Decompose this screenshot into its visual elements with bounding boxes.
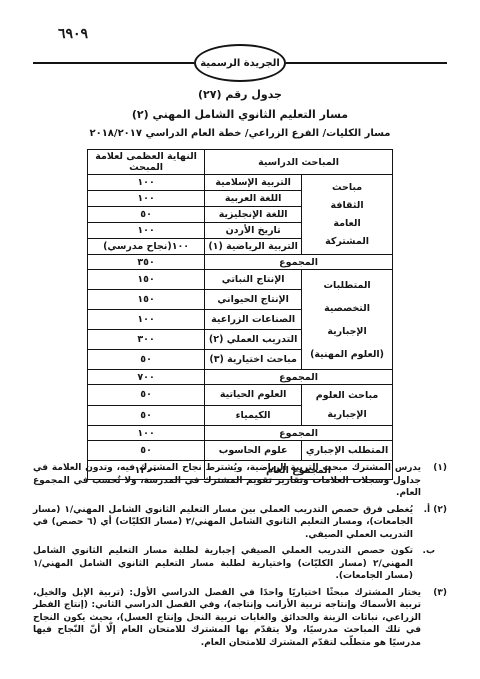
group-label-line: الإجبارية [304,405,390,424]
subject-cell: علوم الحاسوب [205,441,302,461]
mark-cell: ١٥٠ [88,290,205,310]
footnote-text: يختار المشترك مبحثًا اختياريًا واحدًا في… [33,588,421,648]
footnote-marker: ب. [423,545,435,558]
mark-cell: ٥٠ [88,207,205,223]
total-value-cell: ٧٠٠ [88,370,205,385]
group-label-cell: المتطلبات التخصصية الإجبارية (العلوم الم… [302,270,393,370]
subject-cell: التدريب العملي (٢) [205,330,302,350]
table-row: مباحث الثقافة العامة المشتركة التربية ال… [88,175,393,191]
mark-cell: ٥٠ [88,350,205,370]
total-label-cell: المجموع [205,255,393,270]
table-header-row: المباحث الدراسية النهاية العظمى لعلامة ا… [88,150,393,175]
group-label-line: مباحث [304,179,390,197]
mark-cell: ١٠٠(نجاح مدرسي) [88,239,205,255]
mark-cell: ٣٠٠ [88,330,205,350]
plan-title: مسار الكليات/ الفرع الزراعي/ خطة العام ا… [0,128,480,139]
subject-cell: الكيمياء [205,405,302,426]
masthead-rule-left [33,62,194,64]
mark-cell: ٥٠ [88,405,205,426]
header-maxmark-cell: النهاية العظمى لعلامة المبحث [88,150,205,175]
total-value-cell: ٣٥٠ [88,255,205,270]
subject-cell: التربية الإسلامية [205,175,302,191]
total-row: المجموع ٧٠٠ [88,370,393,385]
footnote-text: يُغطى فرق حصص التدريب العملي بين مسار ال… [33,505,413,540]
masthead: الجريدة الرسمية [33,44,447,82]
group-label-cell: مباحث العلوم الإجبارية [302,385,393,426]
mark-cell: ١٠٠ [88,191,205,207]
footnote-item: (٢) أ. يُغطى فرق حصص التدريب العملي بين … [33,504,447,542]
footnote-text: تكون حصص التدريب العملي الصيفي إجبارية ل… [33,546,413,581]
mark-cell: ١٠٠ [88,175,205,191]
footnote-marker: (١) [433,462,447,475]
group-label-line: العامة [304,215,390,233]
total-row: المجموع ٣٥٠ [88,255,393,270]
total-label-cell: المجموع [205,370,393,385]
subjects-table-wrap: المباحث الدراسية النهاية العظمى لعلامة ا… [87,149,393,480]
subject-cell: العلوم الحياتية [205,385,302,406]
masthead-rule-right [286,62,447,64]
group-label-line: (العلوم المهنية) [304,343,390,366]
group-label-line: المتطلبات [304,274,390,297]
header-subjects-cell: المباحث الدراسية [205,150,393,175]
mark-cell: ٥٠ [88,385,205,406]
subject-cell: اللغة الإنجليزية [205,207,302,223]
footnote-marker: (٣) [433,587,447,600]
total-label-cell: المجموع [205,426,393,441]
group-label-line: مباحث العلوم [304,386,390,405]
subject-cell: تاريخ الأردن [205,223,302,239]
group-label-line: التخصصية [304,297,390,320]
footnote-item: (١) يدرس المشترك مبحث التربية الرياضية، … [33,462,447,500]
footnotes: (١) يدرس المشترك مبحث التربية الرياضية، … [33,462,447,653]
mark-cell: ١٠٠ [88,310,205,330]
subject-cell: اللغة العربية [205,191,302,207]
footnote-item: (٣) يختار المشترك مبحثًا اختياريًا واحدً… [33,587,447,650]
subject-cell: الصناعات الزراعية [205,310,302,330]
subject-cell: مباحث اختيارية (٣) [205,350,302,370]
gazette-label: الجريدة الرسمية [200,58,280,69]
group-label-cell: المتطلب الإجباري [302,441,393,461]
gazette-oval: الجريدة الرسمية [194,44,286,82]
footnote-marker: (٢) أ. [424,504,447,517]
table-row: المتطلبات التخصصية الإجبارية (العلوم الم… [88,270,393,290]
group-label-line: الثقافة [304,197,390,215]
subject-cell: الإنتاج الحيواني [205,290,302,310]
table-row: مباحث العلوم الإجبارية العلوم الحياتية ٥… [88,385,393,406]
group-label-line: الإجبارية [304,320,390,343]
mark-cell: ١٠٠ [88,223,205,239]
subject-cell: الإنتاج النباتي [205,270,302,290]
footnote-item: ب. تكون حصص التدريب العملي الصيفي إجباري… [33,545,435,583]
group-label-cell: مباحث الثقافة العامة المشتركة [302,175,393,255]
track-title: مسار التعليم الثانوي الشامل المهني (٢) [0,108,480,121]
footnote-text: يدرس المشترك مبحث التربية الرياضية، ويُش… [33,463,421,498]
mark-cell: ١٥٠ [88,270,205,290]
group-label-line: المشتركة [304,233,390,251]
table-row: المتطلب الإجباري علوم الحاسوب ٥٠ [88,441,393,461]
mark-cell: ٥٠ [88,441,205,461]
subjects-table: المباحث الدراسية النهاية العظمى لعلامة ا… [87,149,393,480]
page-number: ٦٩٠٩ [58,26,88,42]
gazette-page: ٦٩٠٩ الجريدة الرسمية جدول رقم (٢٧) مسار … [0,0,480,679]
total-row: المجموع ١٠٠ [88,426,393,441]
table-caption: جدول رقم (٢٧) [0,88,480,101]
subject-cell: التربية الرياضية (١) [205,239,302,255]
total-value-cell: ١٠٠ [88,426,205,441]
